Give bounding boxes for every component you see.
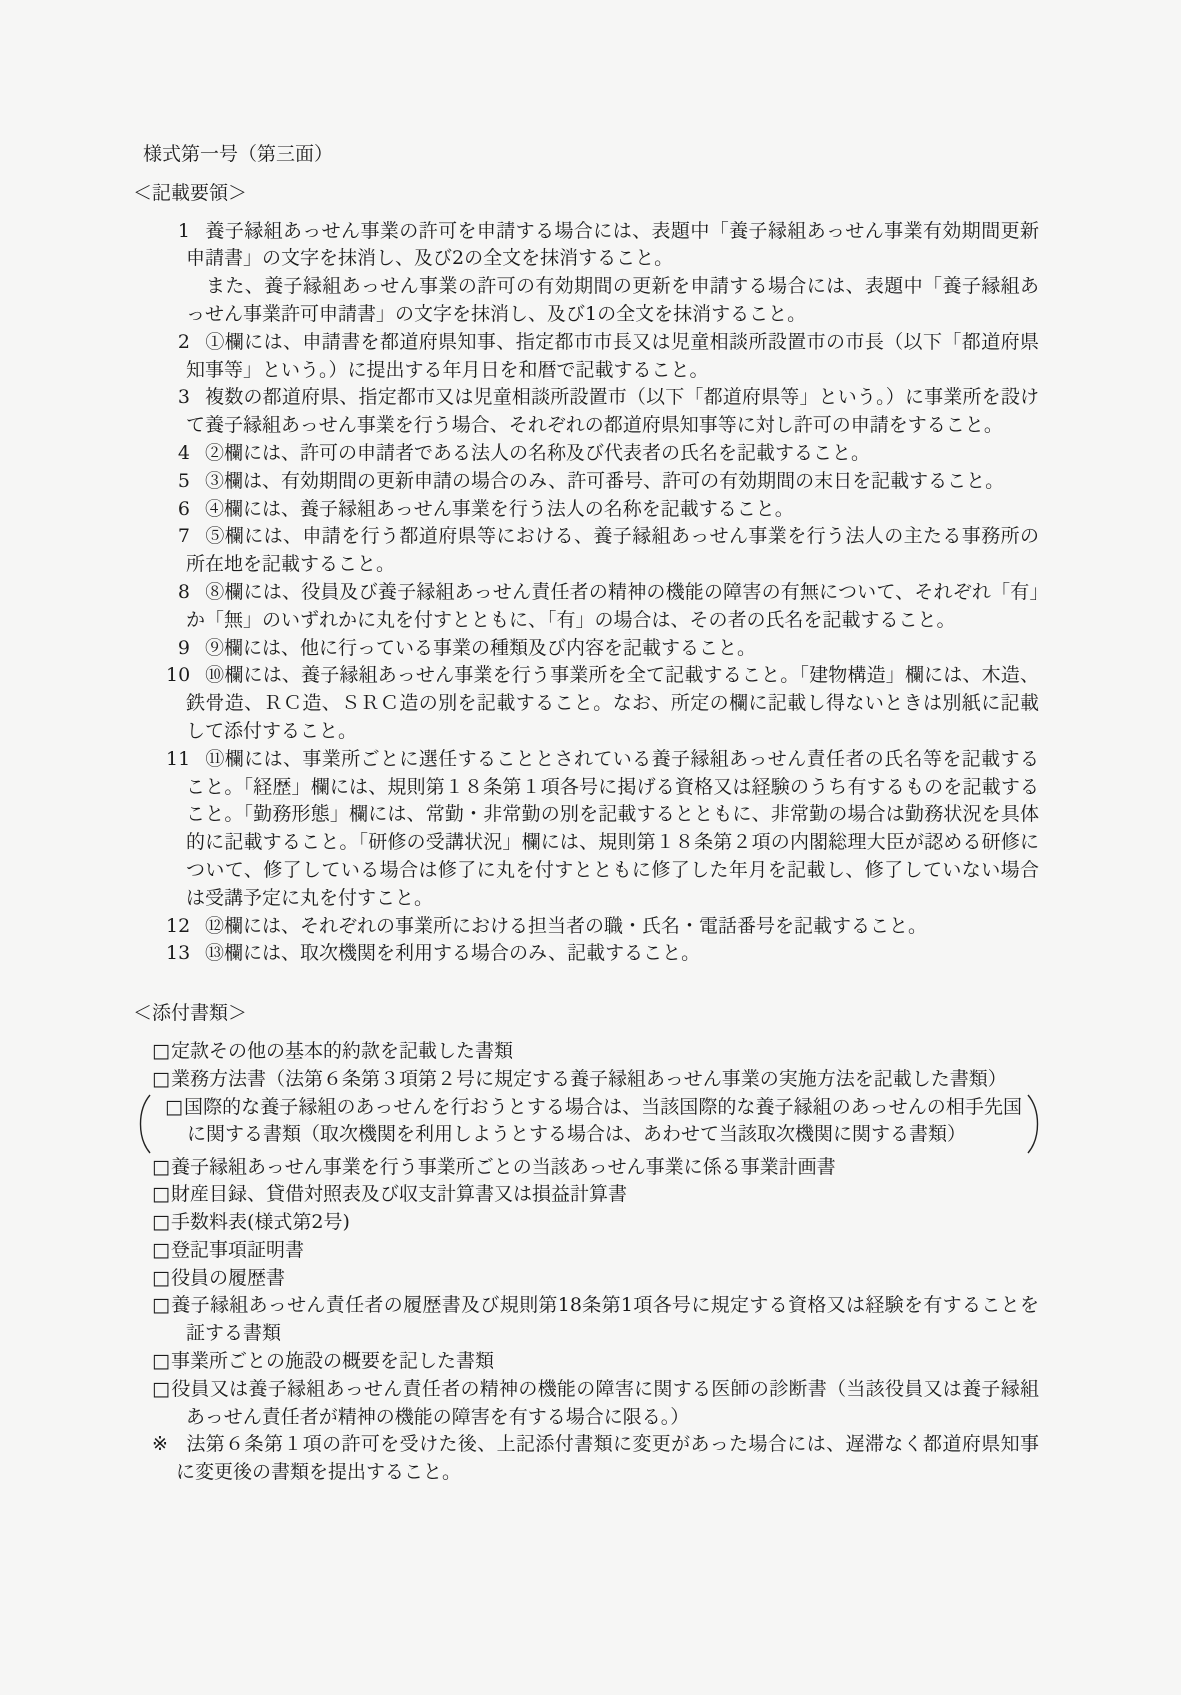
attachment-item-text: 財産目録、貸借対照表及び収支計算書又は損益計算書	[171, 1183, 627, 1205]
attachment-item-text: 役員の履歴書	[171, 1267, 285, 1289]
instruction-item: 1養子縁組あっせん事業の許可を申請する場合には、表題中「養子縁組あっせん事業有効…	[186, 218, 1039, 329]
attachment-item-text: 事業所ごとの施設の概要を記した書類	[171, 1350, 494, 1372]
instruction-item: 6④欄には、養子縁組あっせん事業を行う法人の名称を記載すること。	[186, 496, 1039, 524]
instruction-item-text: ②欄には、許可の申請者である法人の名称及び代表者の氏名を記載すること。	[205, 442, 870, 464]
attachment-item-text: 養子縁組あっせん事業を行う事業所ごとの当該あっせん事業に係る事業計画書	[171, 1156, 836, 1178]
note: ※法第６条第１項の許可を受けた後、上記添付書類に変更があった場合には、遅滞なく都…	[152, 1431, 1039, 1487]
instruction-item-text: ⑤欄には、申請を行う都道府県等における、養子縁組あっせん事業を行う法人の主たる事…	[186, 525, 1039, 575]
instruction-item-text: ⑬欄には、取次機関を利用する場合のみ、記載すること。	[205, 942, 700, 964]
attachment-item: □定款その他の基本的約款を記載した書類	[152, 1038, 1039, 1066]
instruction-item-number: 4	[166, 440, 190, 468]
checkbox-icon: □	[152, 1211, 170, 1233]
instruction-item-number: 10	[166, 662, 190, 690]
instruction-item: 10⑩欄には、養子縁組あっせん事業を行う事業所を全て記載すること。「建物構造」欄…	[186, 662, 1039, 745]
checkbox-icon: □	[152, 1350, 170, 1372]
instruction-item-text: ④欄には、養子縁組あっせん事業を行う法人の名称を記載すること。	[205, 498, 794, 520]
attachment-item: □業務方法書（法第６条第３項第２号に規定する養子縁組あっせん事業の実施方法を記載…	[152, 1066, 1039, 1094]
instruction-item-text: 複数の都道府県、指定都市又は児童相談所設置市（以下「都道府県等」という。）に事業…	[186, 386, 1039, 436]
attachment-item-body: □養子縁組あっせん責任者の履歴書及び規則第18条第1項各号に規定する資格又は経験…	[152, 1292, 1039, 1348]
attachment-item: □養子縁組あっせん責任者の履歴書及び規則第18条第1項各号に規定する資格又は経験…	[152, 1292, 1039, 1348]
left-bracket-icon	[139, 1094, 152, 1154]
instruction-item: 8⑧欄には、役員及び養子縁組あっせん責任者の精神の機能の障害の有無について、それ…	[186, 579, 1039, 635]
attachment-item-body: □登記事項証明書	[152, 1237, 1039, 1265]
attachment-item-body: □財産目録、貸借対照表及び収支計算書又は損益計算書	[152, 1181, 1039, 1209]
note-marker: ※	[152, 1431, 172, 1459]
instruction-item: 4②欄には、許可の申請者である法人の名称及び代表者の氏名を記載すること。	[186, 440, 1039, 468]
checkbox-icon: □	[152, 1267, 170, 1289]
attachment-item-text: 業務方法書（法第６条第３項第２号に規定する養子縁組あっせん事業の実施方法を記載し…	[171, 1068, 1007, 1090]
attachment-item: □国際的な養子縁組のあっせんを行おうとする場合は、当該国際的な養子縁組のあっせん…	[139, 1094, 1039, 1154]
attachment-item-body: □手数料表(様式第2号)	[152, 1209, 1039, 1237]
instruction-item-number: 11	[166, 746, 190, 774]
instruction-item: 12⑫欄には、それぞれの事業所における担当者の職・氏名・電話番号を記載すること。	[186, 913, 1039, 941]
instruction-item: 5③欄は、有効期間の更新申請の場合のみ、許可番号、許可の有効期間の末日を記載する…	[186, 468, 1039, 496]
attachment-list: □定款その他の基本的約款を記載した書類 □業務方法書（法第６条第３項第２号に規定…	[133, 1038, 1039, 1432]
right-bracket-icon	[1026, 1094, 1039, 1154]
instruction-item-text: ⑧欄には、役員及び養子縁組あっせん責任者の精神の機能の障害の有無について、それぞ…	[186, 581, 1039, 631]
attachment-item: □役員又は養子縁組あっせん責任者の精神の機能の障害に関する医師の診断書（当該役員…	[152, 1376, 1039, 1432]
instruction-item-number: 13	[166, 940, 190, 968]
instruction-item-number: 9	[166, 635, 190, 663]
instruction-item-text: ⑨欄には、他に行っている事業の種類及び内容を記載すること。	[205, 637, 756, 659]
checkbox-icon: □	[152, 1156, 170, 1178]
instruction-item: 2①欄には、申請書を都道府県知事、指定都市市長又は児童相談所設置市の市長（以下「…	[186, 329, 1039, 385]
attachment-item-text: 養子縁組あっせん責任者の履歴書及び規則第18条第1項各号に規定する資格又は経験を…	[171, 1294, 1039, 1344]
instruction-item-number: 2	[166, 329, 190, 357]
instruction-item-number: 12	[166, 913, 190, 941]
instruction-item-number: 3	[166, 384, 190, 412]
instruction-item-text: ⑫欄には、それぞれの事業所における担当者の職・氏名・電話番号を記載すること。	[205, 915, 927, 937]
instruction-item-number: 8	[166, 579, 190, 607]
attachment-item-text: 登記事項証明書	[171, 1239, 304, 1261]
instruction-item: 7⑤欄には、申請を行う都道府県等における、養子縁組あっせん事業を行う法人の主たる…	[186, 523, 1039, 579]
instruction-item: 3複数の都道府県、指定都市又は児童相談所設置市（以下「都道府県等」という。）に事…	[186, 384, 1039, 440]
attachment-item: □役員の履歴書	[152, 1265, 1039, 1293]
instruction-item-text: ⑪欄には、事業所ごとに選任することとされている養子縁組あっせん責任者の氏名等を記…	[186, 748, 1039, 909]
attachment-item: □事業所ごとの施設の概要を記した書類	[152, 1348, 1039, 1376]
kisai-yoryo-section: ＜記載要領＞ 1養子縁組あっせん事業の許可を申請する場合には、表題中「養子縁組あ…	[133, 180, 1039, 968]
instruction-item: 11⑪欄には、事業所ごとに選任することとされている養子縁組あっせん責任者の氏名等…	[186, 746, 1039, 913]
tenpu-shorui-section: ＜添付書類＞ □定款その他の基本的約款を記載した書類 □業務方法書（法第６条第３…	[133, 1000, 1039, 1487]
attachment-item-body: □役員又は養子縁組あっせん責任者の精神の機能の障害に関する医師の診断書（当該役員…	[152, 1376, 1039, 1432]
attachment-item-body: □業務方法書（法第６条第３項第２号に規定する養子縁組あっせん事業の実施方法を記載…	[152, 1066, 1039, 1094]
instruction-item-text: ⑩欄には、養子縁組あっせん事業を行う事業所を全て記載すること。「建物構造」欄には…	[186, 664, 1039, 742]
attachment-item-body: □定款その他の基本的約款を記載した書類	[152, 1038, 1039, 1066]
checkbox-icon: □	[165, 1096, 183, 1118]
attachment-item-text: 定款その他の基本的約款を記載した書類	[171, 1040, 513, 1062]
attachment-item-text: 手数料表(様式第2号)	[171, 1211, 350, 1233]
attachment-item-body: □養子縁組あっせん事業を行う事業所ごとの当該あっせん事業に係る事業計画書	[152, 1154, 1039, 1182]
instruction-item-text: ③欄は、有効期間の更新申請の場合のみ、許可番号、許可の有効期間の末日を記載するこ…	[205, 470, 1004, 492]
instruction-item-text: 養子縁組あっせん事業の許可を申請する場合には、表題中「養子縁組あっせん事業有効期…	[186, 220, 1039, 270]
attachment-item-body: □事業所ごとの施設の概要を記した書類	[152, 1348, 1039, 1376]
document-body: 様式第一号（第三面） ＜記載要領＞ 1養子縁組あっせん事業の許可を申請する場合に…	[133, 141, 1039, 1487]
kisai-yoryo-heading: ＜記載要領＞	[133, 180, 1039, 208]
tenpu-shorui-heading: ＜添付書類＞	[133, 1000, 1039, 1028]
attachment-item-text: 国際的な養子縁組のあっせんを行おうとする場合は、当該国際的な養子縁組のあっせんの…	[184, 1096, 1022, 1146]
instruction-item-number: 7	[166, 523, 190, 551]
instruction-item-number: 5	[166, 468, 190, 496]
checkbox-icon: □	[152, 1183, 170, 1205]
checkbox-icon: □	[152, 1239, 170, 1261]
document-page: 様式第一号（第三面） ＜記載要領＞ 1養子縁組あっせん事業の許可を申請する場合に…	[0, 0, 1181, 1695]
instruction-item-text-continued: また、養子縁組あっせん事業の許可の有効期間の更新を申請する場合には、表題中「養子…	[186, 273, 1039, 329]
instruction-list: 1養子縁組あっせん事業の許可を申請する場合には、表題中「養子縁組あっせん事業有効…	[133, 218, 1039, 969]
instruction-item: 9⑨欄には、他に行っている事業の種類及び内容を記載すること。	[186, 635, 1039, 663]
instruction-item-number: 6	[166, 496, 190, 524]
attachment-item-text: 役員又は養子縁組あっせん責任者の精神の機能の障害に関する医師の診断書（当該役員又…	[171, 1378, 1039, 1428]
attachment-item: □登記事項証明書	[152, 1237, 1039, 1265]
instruction-item-text: ①欄には、申請書を都道府県知事、指定都市市長又は児童相談所設置市の市長（以下「都…	[186, 331, 1039, 381]
attachment-item-body: □国際的な養子縁組のあっせんを行おうとする場合は、当該国際的な養子縁組のあっせん…	[165, 1094, 1022, 1154]
checkbox-icon: □	[152, 1294, 170, 1316]
attachment-item: □手数料表(様式第2号)	[152, 1209, 1039, 1237]
attachment-item: □財産目録、貸借対照表及び収支計算書又は損益計算書	[152, 1181, 1039, 1209]
note-text: 法第６条第１項の許可を受けた後、上記添付書類に変更があった場合には、遅滞なく都道…	[176, 1433, 1039, 1483]
form-title: 様式第一号（第三面）	[143, 141, 1039, 169]
attachment-item: □養子縁組あっせん事業を行う事業所ごとの当該あっせん事業に係る事業計画書	[152, 1154, 1039, 1182]
checkbox-icon: □	[152, 1068, 170, 1090]
checkbox-icon: □	[152, 1040, 170, 1062]
instruction-item-number: 1	[166, 218, 190, 246]
checkbox-icon: □	[152, 1378, 170, 1400]
instruction-item: 13⑬欄には、取次機関を利用する場合のみ、記載すること。	[186, 940, 1039, 968]
attachment-item-body: □役員の履歴書	[152, 1265, 1039, 1293]
